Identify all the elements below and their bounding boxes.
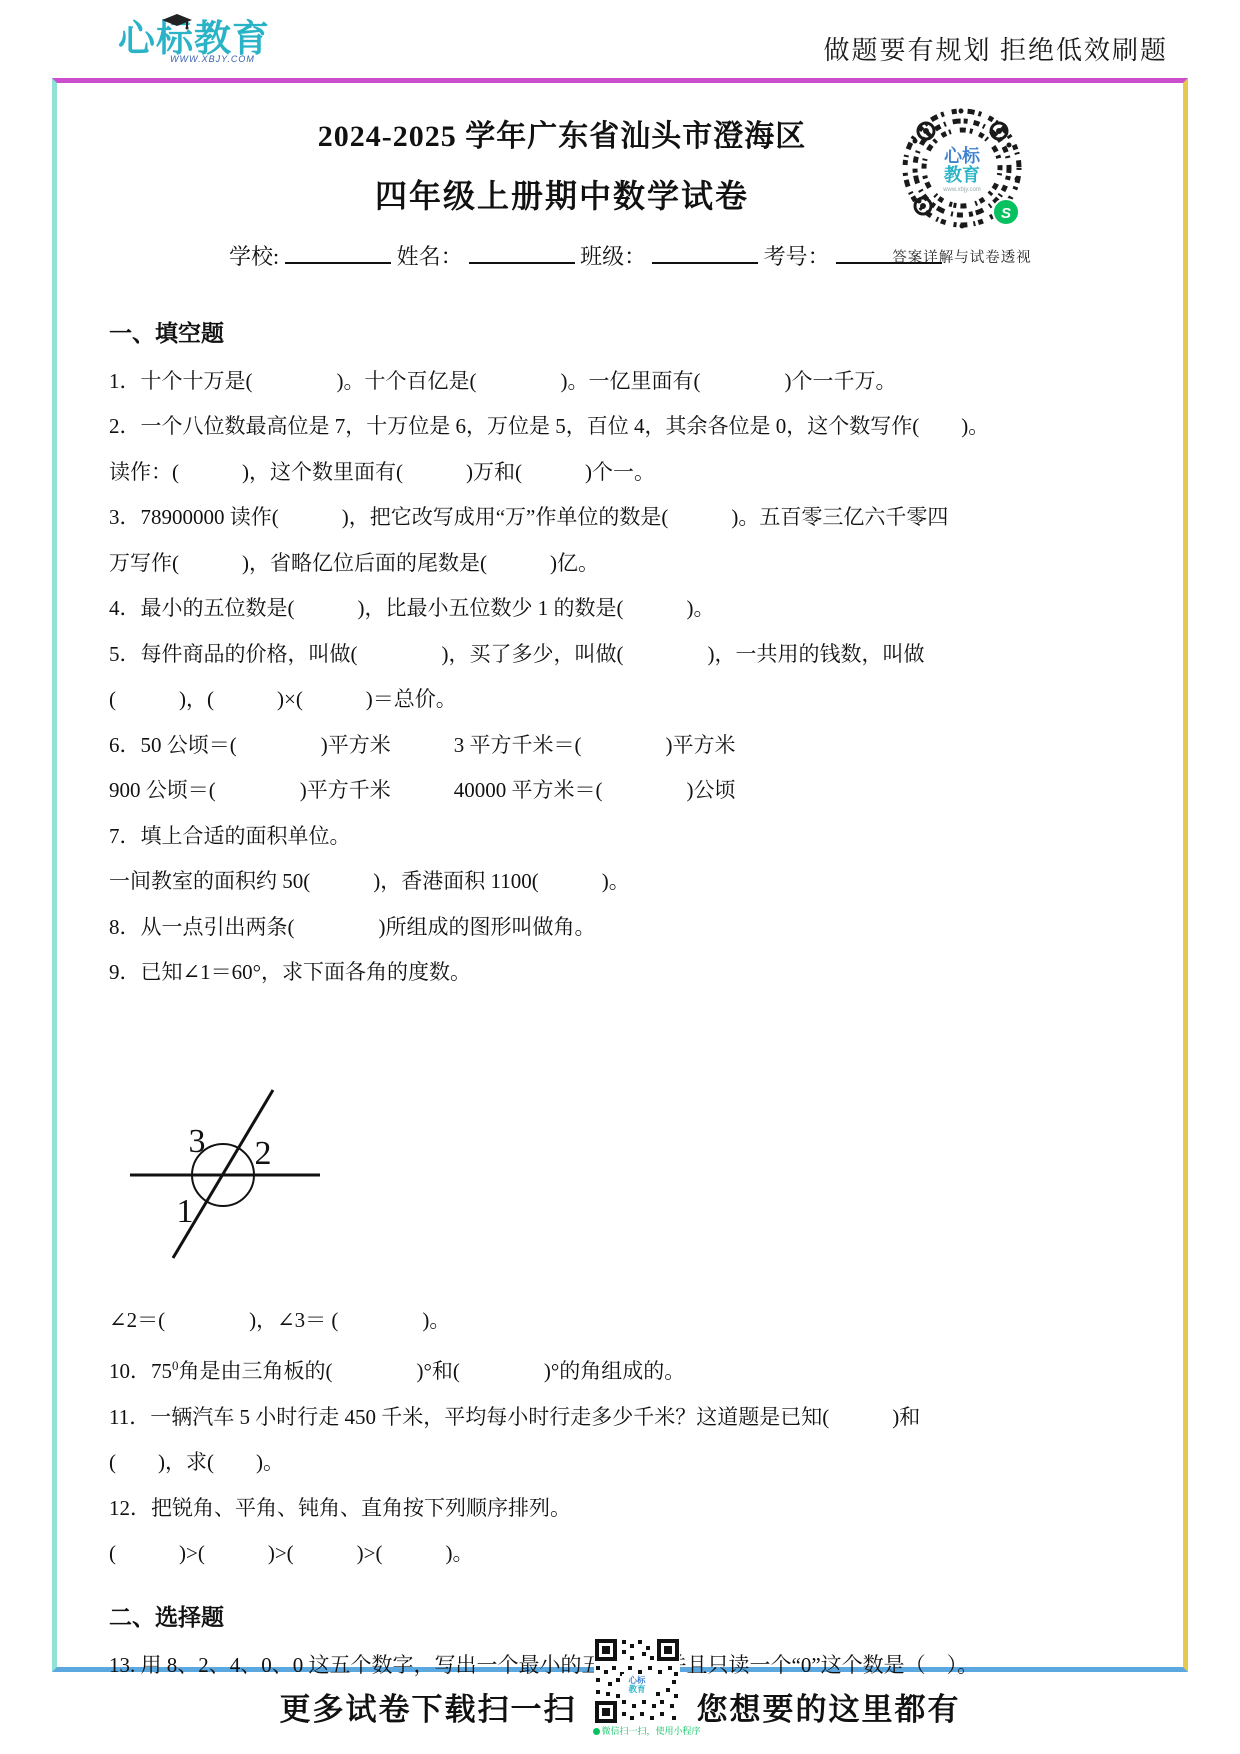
header-tagline: 做题要有规划 拒绝低效刷题 bbox=[823, 30, 1168, 67]
angle-figure: 3 2 1 bbox=[115, 990, 1183, 1286]
question-5-line1: 5．每件商品的价格，叫做( )，买了多少，叫做( )，一共用的钱数，叫做 bbox=[109, 643, 1153, 666]
exam-number-label: 考号： bbox=[764, 244, 830, 269]
footer: 更多试卷下载扫一扫 bbox=[0, 1638, 1240, 1736]
question-8: 8．从一点引出两条( )所组成的图形叫做角。 bbox=[109, 916, 1153, 939]
answer-qr-center-text2: 教育 bbox=[943, 164, 980, 185]
svg-text:教育: 教育 bbox=[627, 1684, 646, 1694]
question-9-answer-line: ∠2＝( )，∠3＝ ( )。 bbox=[109, 1309, 1153, 1332]
graduation-cap-icon bbox=[162, 14, 192, 34]
question-2-line1: 2．一个八位数最高位是 7，十万位是 6，万位是 5，百位 4，其余各位是 0，… bbox=[109, 415, 1153, 438]
angle-1-label: 1 bbox=[177, 1193, 194, 1230]
answer-qr-code: 心标 教育 www.xbjy.com S bbox=[895, 105, 1029, 239]
exam-title-line1: 2024-2025 学年广东省汕头市澄海区 bbox=[112, 119, 1012, 155]
answer-qr-block: 心标 教育 www.xbjy.com S 答案详解与试卷透视 bbox=[889, 105, 1035, 267]
question-11-line1: 11．一辆汽车 5 小时行走 450 千米，平均每小时行走多少千米？这道题是已知… bbox=[109, 1406, 1153, 1429]
question-3-line1: 3．78900000 读作( )，把它改写成用“万”作单位的数是( )。五百零三… bbox=[109, 506, 1153, 529]
footer-right-text: 您想要的这里都有 bbox=[697, 1684, 961, 1729]
question-6-line2: 900 公顷＝( )平方千米 40000 平方米＝( )公顷 bbox=[109, 779, 1153, 802]
answer-qr-center-text1: 心标 bbox=[944, 145, 981, 166]
angle-3-label: 3 bbox=[189, 1123, 206, 1160]
section-1-heading: 一、填空题 bbox=[109, 321, 1183, 347]
student-info-row: 学校: 姓名： 班级： 考号： bbox=[229, 239, 1183, 271]
wechat-green-dot-icon bbox=[593, 1728, 600, 1735]
class-blank bbox=[652, 239, 758, 264]
brand-logo: 心标教育 WWW.XBJY.COM bbox=[118, 20, 270, 64]
section-2-heading: 二、选择题 bbox=[109, 1605, 1183, 1631]
question-12-line2: ( )>( )>( )>( )。 bbox=[109, 1542, 1153, 1565]
question-3-line2: 万写作( )，省略亿位后面的尾数是( )亿。 bbox=[109, 552, 1153, 575]
question-10: 10．750角是由三角板的( )°和( )°的角组成的。 bbox=[109, 1354, 1153, 1383]
footer-qr-block: 心标 教育 微信扫一扫，使用小程序 bbox=[593, 1638, 681, 1736]
question-6-line1: 6．50 公顷＝( )平方米 3 平方千米＝( )平方米 bbox=[109, 734, 1153, 757]
exam-title-line2: 四年级上册期中数学试卷 bbox=[112, 177, 1012, 215]
svg-text:S: S bbox=[1001, 205, 1011, 222]
question-9: 9．已知∠1＝60°，求下面各角的度数。 bbox=[109, 961, 1153, 984]
exam-sheet-frame: 2024-2025 学年广东省汕头市澄海区 四年级上册期中数学试卷 bbox=[52, 78, 1188, 1672]
question-7-line1: 7．填上合适的面积单位。 bbox=[109, 825, 1153, 848]
angle-2-label: 2 bbox=[255, 1135, 272, 1172]
class-label: 班级： bbox=[580, 244, 646, 269]
brand-logo-text: 心标教育 bbox=[118, 20, 270, 57]
footer-left-text: 更多试卷下载扫一扫 bbox=[280, 1684, 577, 1729]
name-blank bbox=[469, 239, 575, 264]
question-5-line2: ( )，( )×( )＝总价。 bbox=[109, 688, 1153, 711]
question-12-line1: 12．把锐角、平角、钝角、直角按下列顺序排列。 bbox=[109, 1497, 1153, 1520]
question-1: 1．十个十万是( )。十个百亿是( )。一亿里面有( )个一千万。 bbox=[109, 370, 1153, 393]
question-4: 4．最小的五位数是( )，比最小五位数少 1 的数是( )。 bbox=[109, 597, 1153, 620]
answer-qr-center-url: www.xbjy.com bbox=[942, 187, 981, 193]
school-label: 学校: bbox=[229, 244, 279, 269]
question-2-line2: 读作：( )，这个数里面有( )万和( )个一。 bbox=[109, 461, 1153, 484]
school-blank bbox=[285, 239, 391, 264]
footer-qr-caption: 微信扫一扫，使用小程序 bbox=[593, 1726, 681, 1736]
name-label: 姓名： bbox=[397, 244, 463, 269]
question-11-line2: ( )，求( )。 bbox=[109, 1451, 1153, 1474]
question-7-line2: 一间教室的面积约 50( )，香港面积 1100( )。 bbox=[109, 870, 1153, 893]
footer-qr-code: 心标 教育 bbox=[594, 1638, 680, 1724]
answer-qr-caption: 答案详解与试卷透视 bbox=[889, 246, 1035, 267]
